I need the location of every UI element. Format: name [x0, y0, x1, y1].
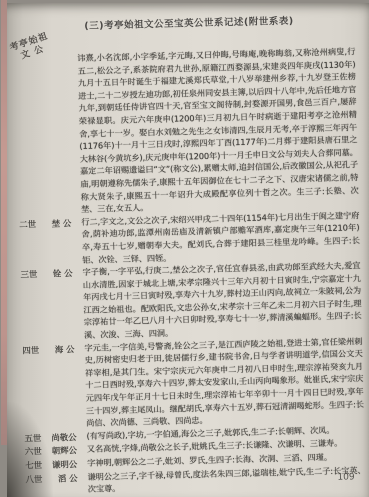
generation-row: 三世 铨 公 字子衡,一字平弘,行庚二,埜公之次子,官任宜春县丞,由武功郎至武经… [14, 259, 362, 343]
generation-label: 四世 海 公 [16, 342, 84, 357]
generation-text: 行二,字文之,文公之次子,宋绍兴甲戌二十四年(1154年)七月出生于闽之建宁府舍… [81, 209, 360, 266]
generation-row: 二世 埜 公 行二,字文之,文公之次子,宋绍兴甲戌二十四年(1154年)七月出生… [13, 209, 360, 268]
generation-number: 二世 [19, 218, 36, 231]
generation-number: 三世 [20, 268, 37, 281]
generation-number: 八世 [25, 473, 42, 486]
generation-label: 三世 铨 公 [14, 266, 82, 281]
generation-row: 四世 海 公 字元圭,一字信美,号警斋,铨公之三子,是江西庐陵之始祖,登进士第,… [16, 335, 364, 432]
ancestor-name: 铨 公 [53, 267, 73, 280]
ancestor-name: 滔 公 [58, 472, 78, 485]
generation-label [9, 52, 77, 55]
ancestor-name: 谦明公 [52, 458, 77, 471]
generation-label: 八世 滔 公 [19, 470, 87, 485]
page-content: (三)考亭始祖文公至宝英公世系记述(附世系表) 考亭始祖 文 公 讳熹,小名沈郎… [0, 0, 369, 497]
generation-row: 讳熹,小名沈郎,小字季延,字元晦,又曰仲晦,号晦庵,晚称晦翁,又称沧州病叟,行五… [9, 45, 359, 217]
generation-text: 字子衡,一字平弘,行庚二,埜公之次子,官任宜春县丞,由武功郎至武经大夫,爱宜山水… [82, 259, 362, 341]
generation-number: 五世 [24, 432, 41, 445]
generation-text: 字元圭,一字信美,号警斋,铨公之三子,是江西庐陵之始祖,登进士第,官任梁州刺史,… [84, 335, 364, 430]
generation-number: 四世 [22, 344, 39, 357]
generation-number: 七世 [25, 459, 42, 472]
genealogy-text-block: 讳熹,小名沈郎,小字季延,字元晦,又曰仲晦,号晦庵,晚称晦翁,又称沧州病叟,行五… [9, 45, 366, 497]
generation-text: 讳熹,小名沈郎,小字季延,字元晦,又曰仲晦,号晦庵,晚称晦翁,又称沧州病叟,行五… [77, 45, 359, 215]
book-page-photo: (三)考亭始祖文公至宝英公世系记述(附世系表) 考亭始祖 文 公 讳熹,小名沈郎… [0, 0, 369, 497]
ancestor-name: 埜 公 [52, 217, 72, 230]
ancestor-name: 海 公 [55, 343, 75, 356]
ancestor-name: 朝辉公 [52, 445, 77, 458]
generation-number: 六世 [25, 445, 42, 458]
page-number: 109 [337, 472, 354, 482]
section-title: (三)考亭始祖文公至宝英公世系记述(附世系表) [24, 11, 353, 33]
generation-label: 二世 埜 公 [13, 216, 81, 231]
ancestor-name: 尚敬公 [51, 431, 76, 444]
